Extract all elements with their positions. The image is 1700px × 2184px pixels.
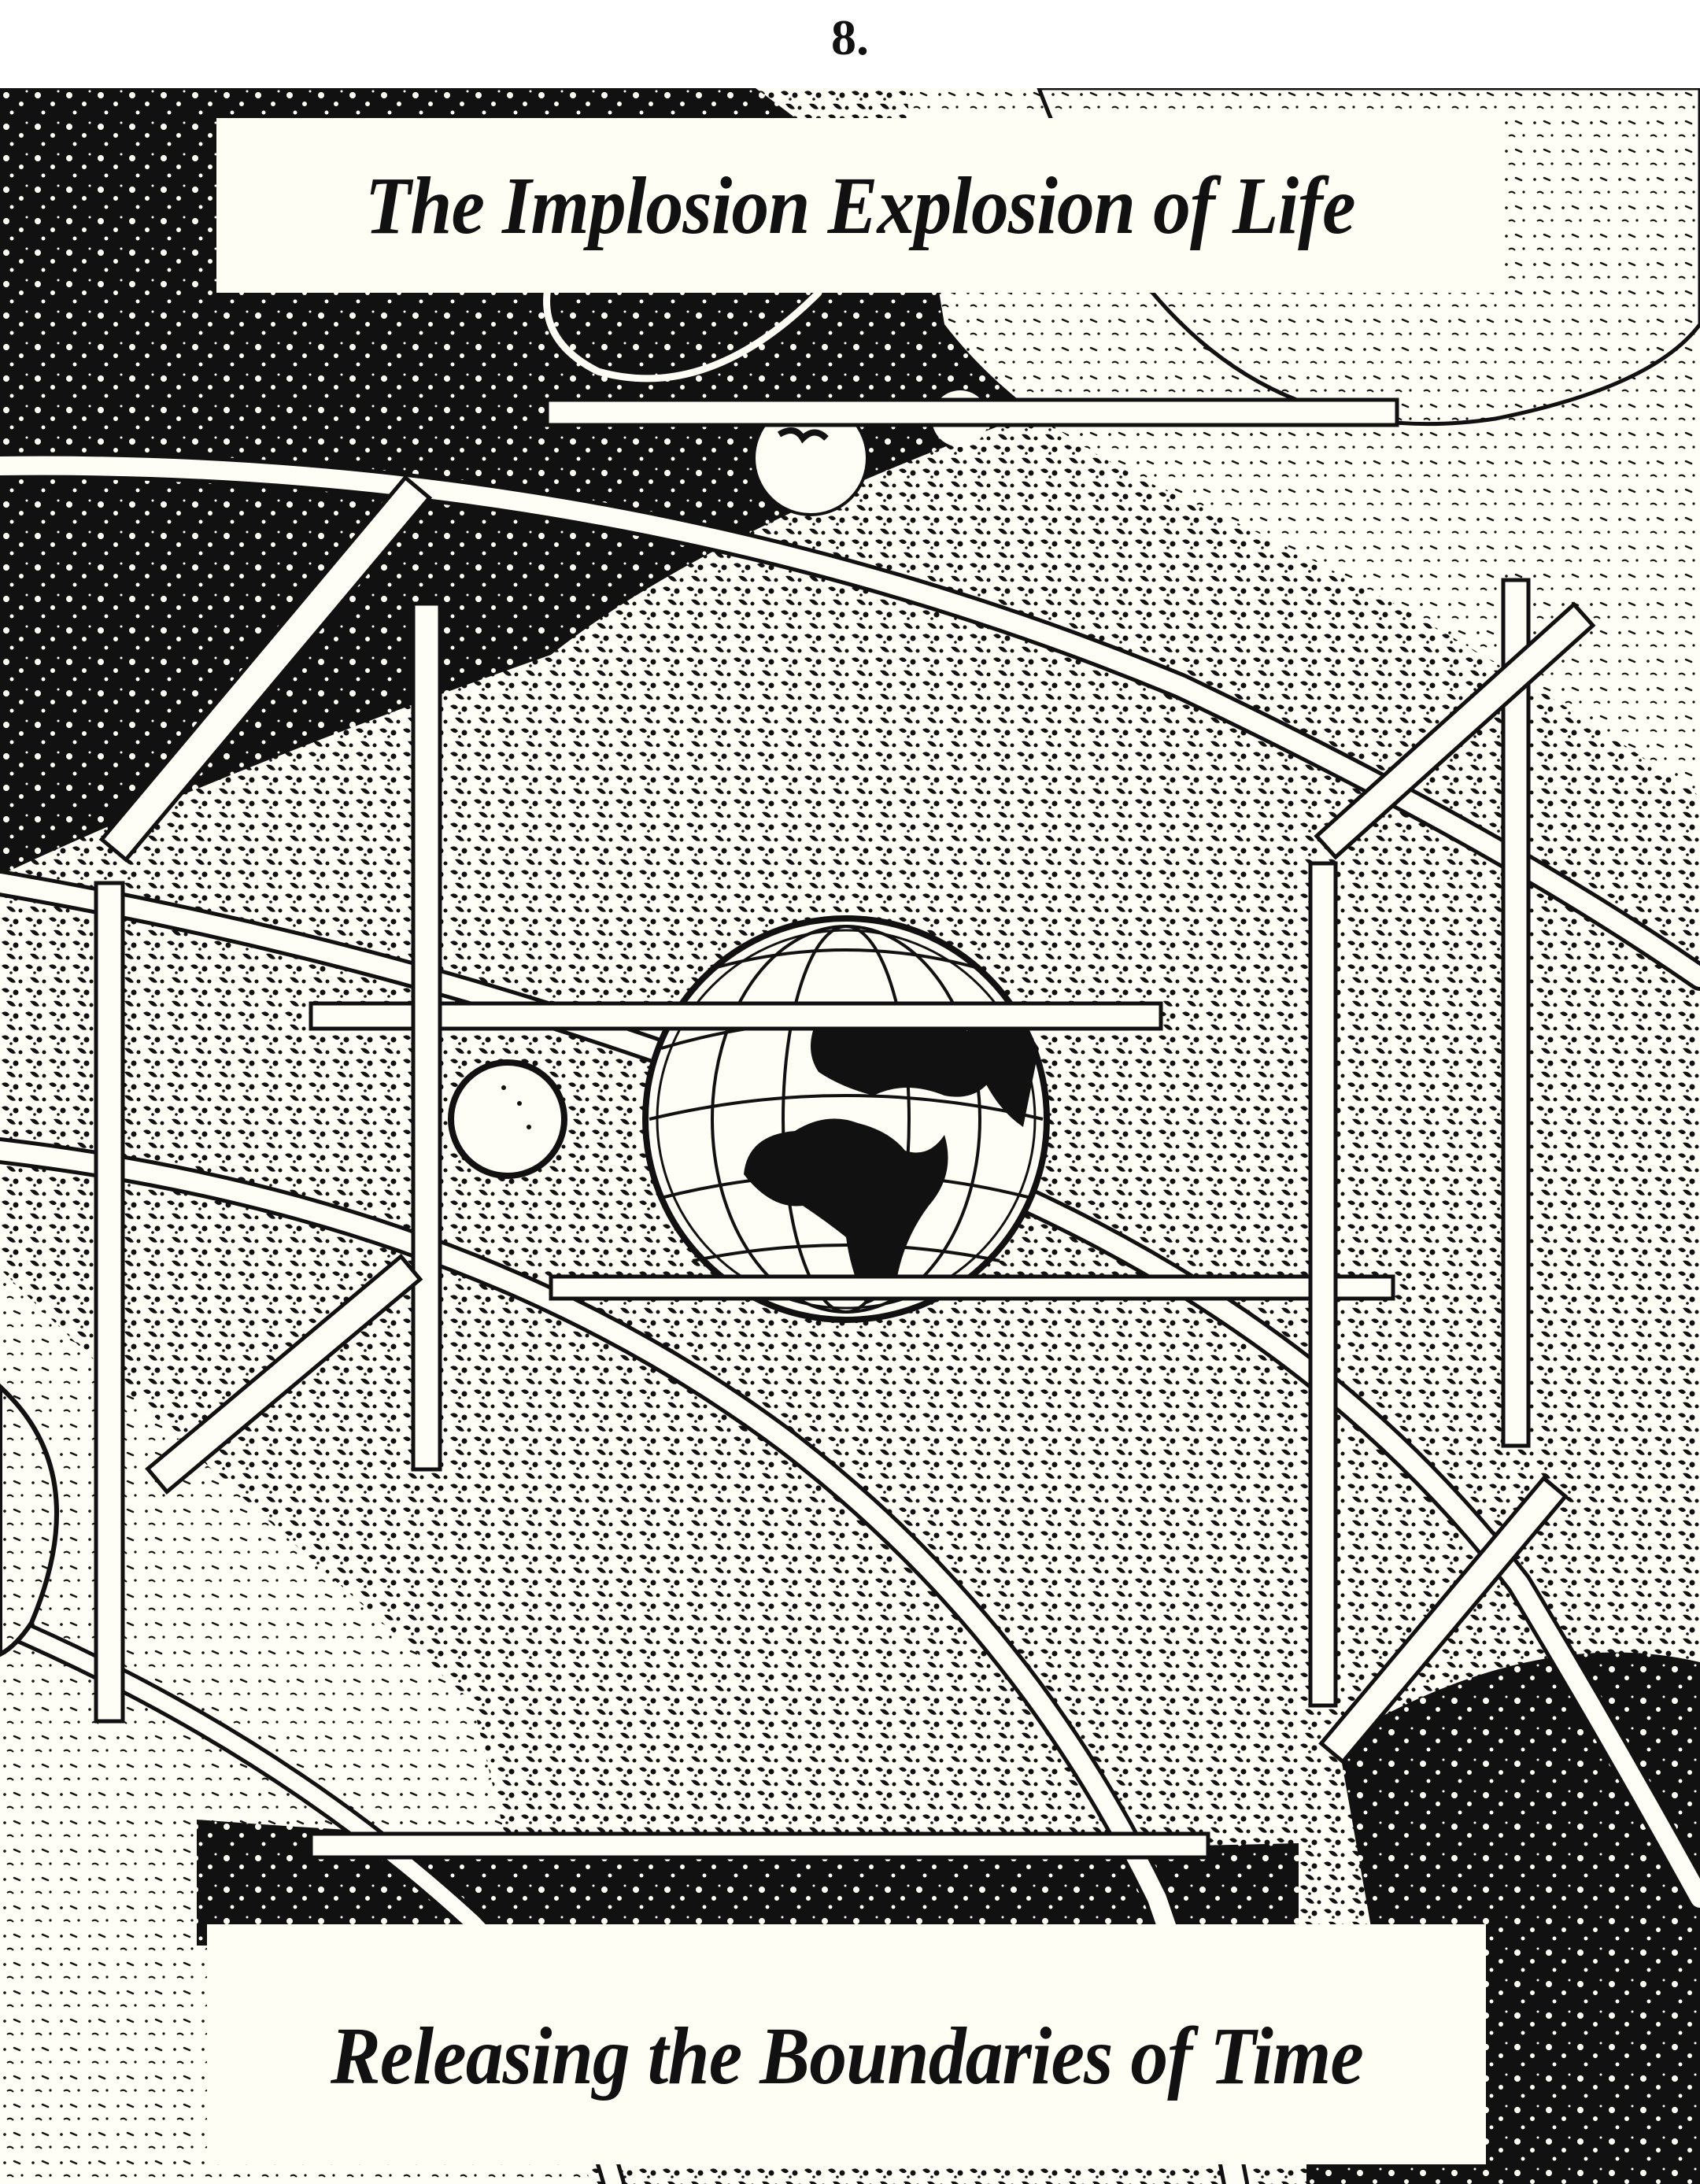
page-title: The Implosion Explosion of Life <box>365 159 1355 253</box>
cover-illustration <box>0 88 1700 2184</box>
planet-icon <box>451 1062 564 1176</box>
globe-icon <box>645 918 1047 1320</box>
page-number: 8. <box>0 6 1700 69</box>
cosmic-artwork <box>0 88 1700 2184</box>
page-subtitle: Releasing the Boundaries of Time <box>331 2009 1363 2103</box>
subtitle-banner: Releasing the Boundaries of Time <box>207 1924 1486 2164</box>
title-banner: The Implosion Explosion of Life <box>216 118 1503 293</box>
